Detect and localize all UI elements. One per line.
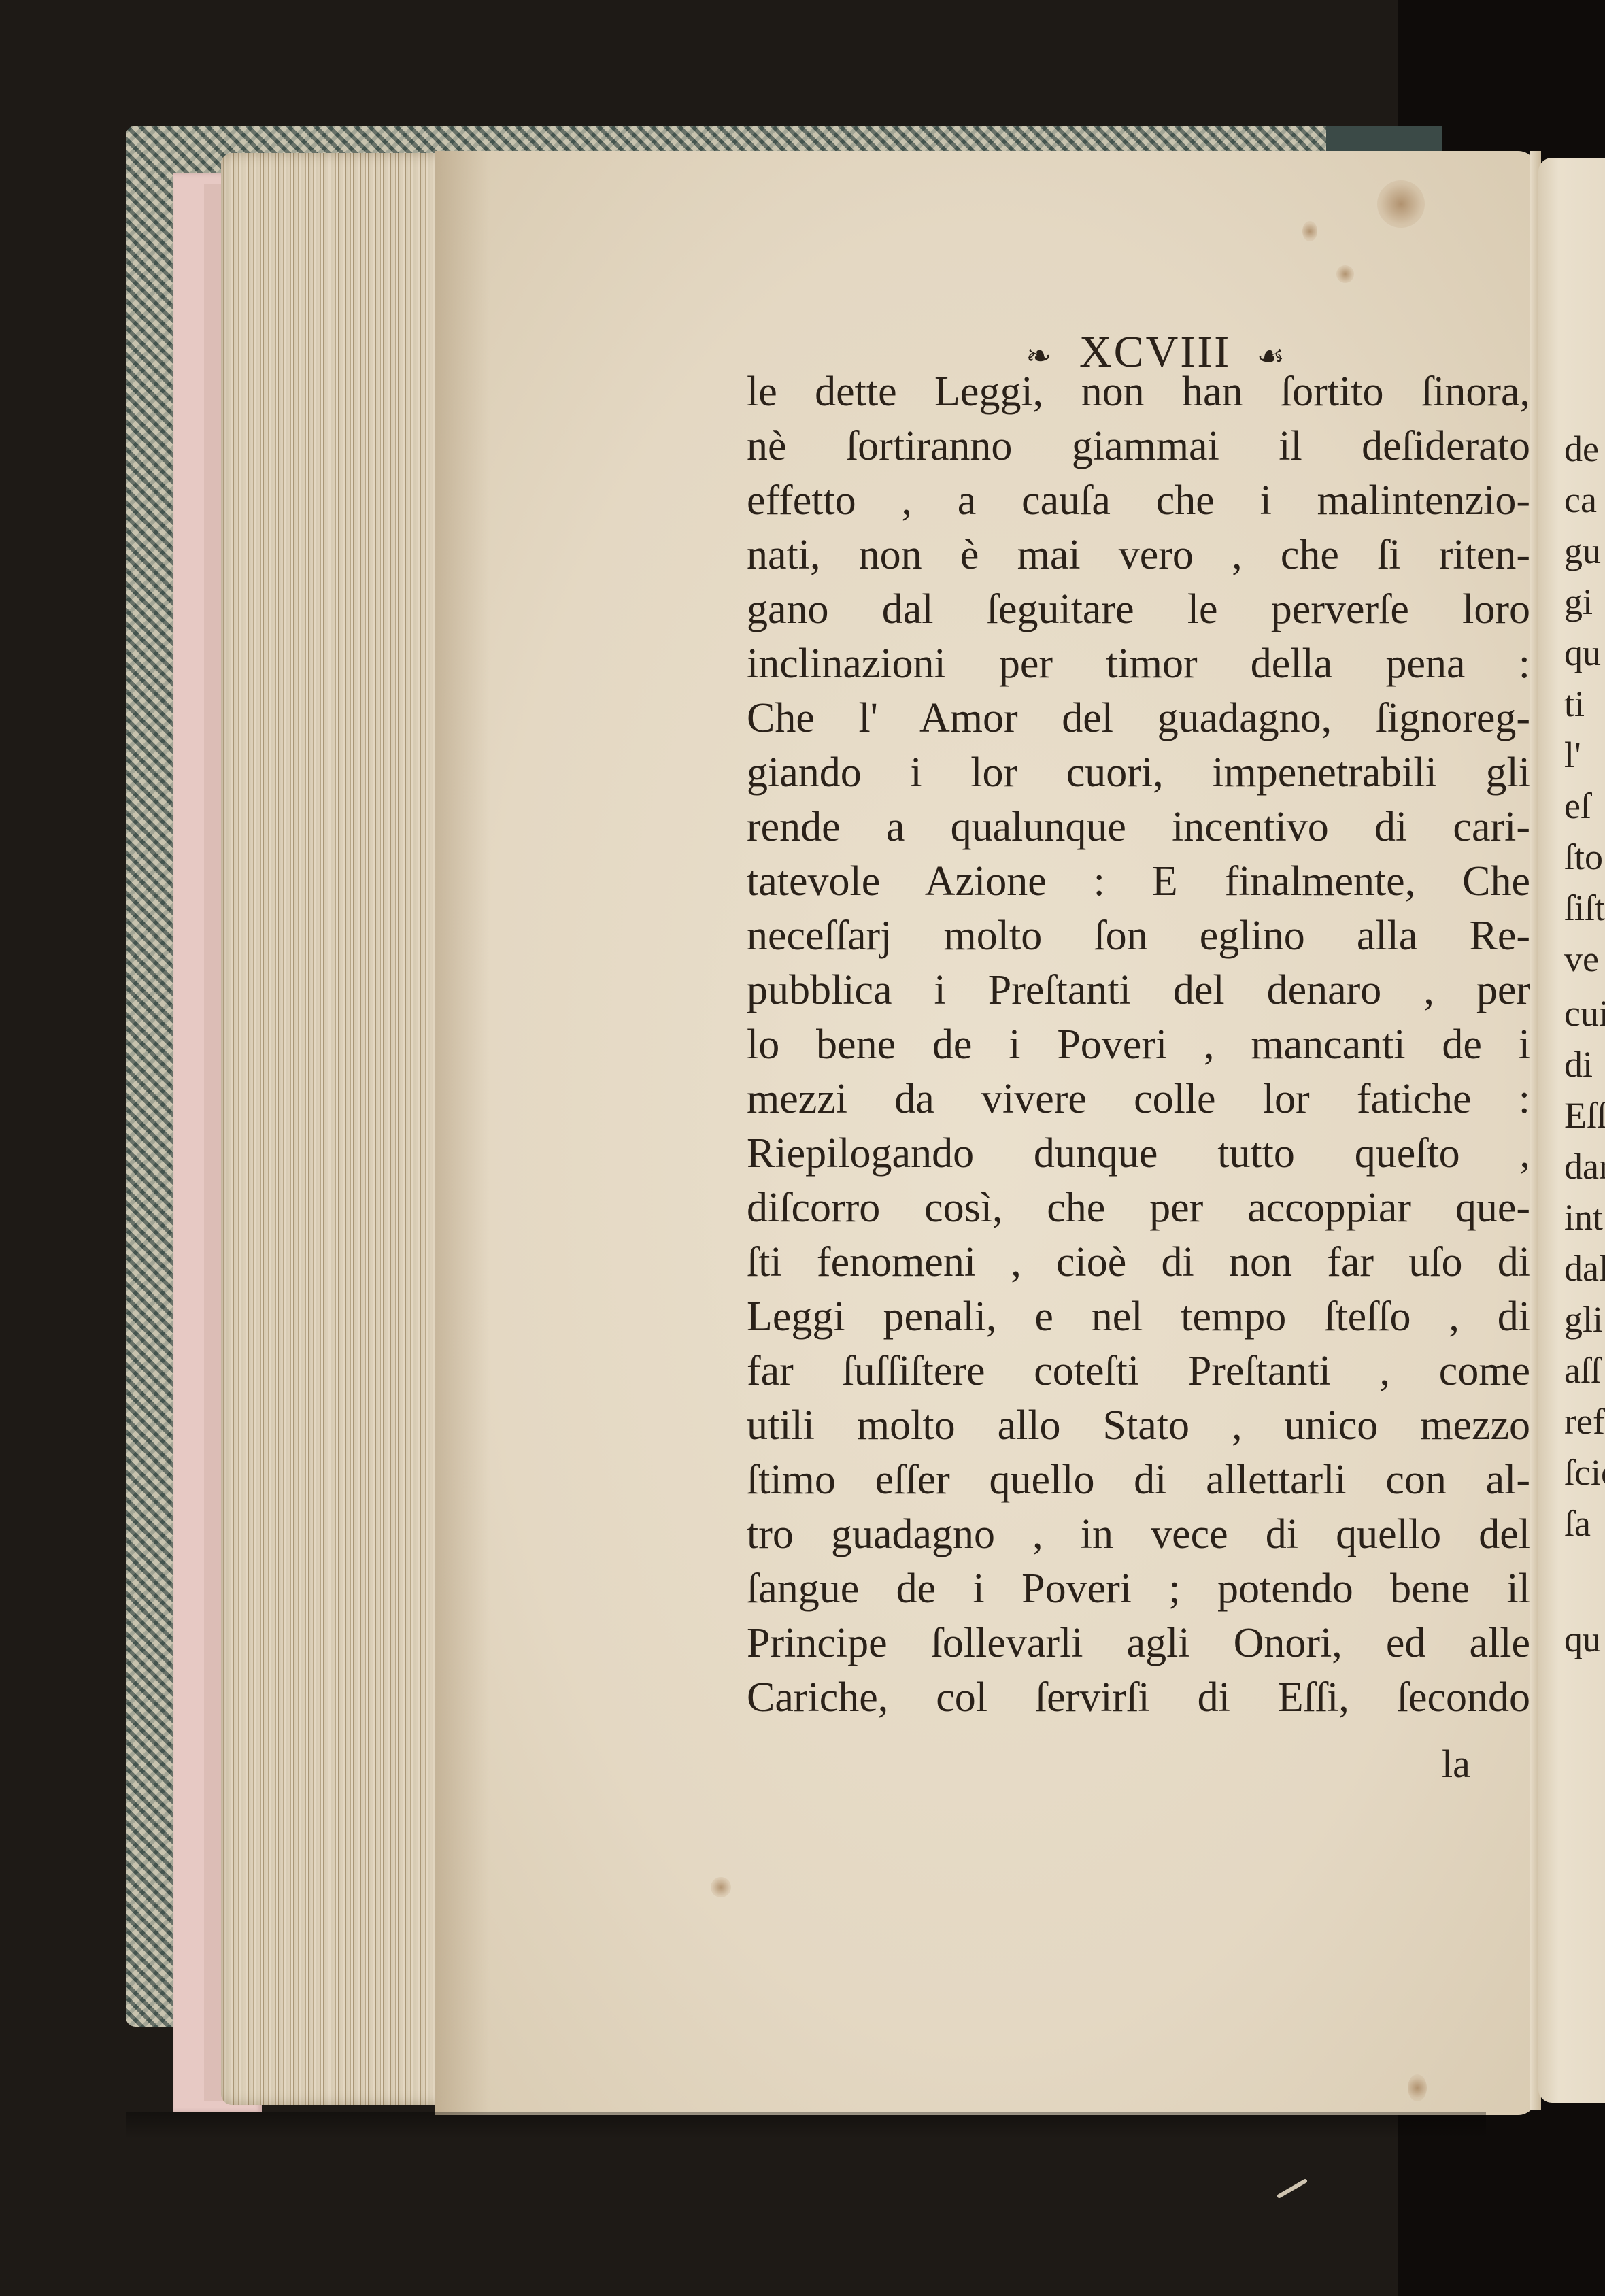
facing-fragment: ſiſt bbox=[1564, 888, 1605, 928]
foxing-stain bbox=[1408, 2074, 1427, 2101]
facing-fragment: ref bbox=[1564, 1401, 1605, 1442]
facing-fragment: eſ bbox=[1564, 786, 1591, 826]
text-line: inclinazioni per timor della pena : bbox=[747, 639, 1530, 694]
text-line: utili molto allo Stato , unico mezzo bbox=[747, 1401, 1530, 1455]
facing-fragment: gu bbox=[1564, 530, 1601, 571]
facing-fragment: Eſſ bbox=[1564, 1095, 1605, 1136]
foxing-stain bbox=[1377, 180, 1425, 228]
text-line: Cariche, col ſervirſi di Eſſi, ſecondo bbox=[747, 1673, 1530, 1727]
facing-fragment: di bbox=[1564, 1044, 1593, 1085]
text-line: rende a qualunque incentivo di cari- bbox=[747, 803, 1530, 857]
catchword: la bbox=[1442, 1741, 1470, 1787]
foxing-stain bbox=[1336, 265, 1354, 283]
text-line: pubblica i Preſtanti del denaro , per bbox=[747, 966, 1530, 1020]
dust-fiber bbox=[1277, 2178, 1308, 2199]
facing-fragment: ſto bbox=[1564, 837, 1603, 877]
text-line: ſti fenomeni , cioè di non far uſo di bbox=[747, 1238, 1530, 1292]
page-bottom-shadow bbox=[126, 2112, 1486, 2139]
text-line: Principe ſollevarli agli Onori, ed alle bbox=[747, 1619, 1530, 1673]
foxing-stain bbox=[711, 1877, 731, 1897]
text-line: Riepilogando dunque tutto queſto , bbox=[747, 1129, 1530, 1183]
text-line: neceſſarj molto ſon eglino alla Re- bbox=[747, 911, 1530, 966]
facing-fragment: cui bbox=[1564, 993, 1605, 1034]
text-line: far ſuſſiſtere coteſti Preſtanti , come bbox=[747, 1347, 1530, 1401]
text-line: tatevole Azione : E finalmente, Che bbox=[747, 857, 1530, 911]
text-line: tro guadagno , in vece di quello del bbox=[747, 1510, 1530, 1564]
foxing-stain bbox=[1302, 221, 1317, 241]
text-line: ſtimo eſſer quello di allettarli con al- bbox=[747, 1455, 1530, 1510]
text-line: gano dal ſeguitare le perverſe loro bbox=[747, 585, 1530, 639]
facing-fragment: int bbox=[1564, 1197, 1603, 1238]
text-line: mezzi da vivere colle lor fatiche : bbox=[747, 1075, 1530, 1129]
text-line: lo bene de i Poveri , mancanti de i bbox=[747, 1020, 1530, 1075]
facing-fragment: ſa bbox=[1564, 1503, 1591, 1544]
facing-fragment: dar bbox=[1564, 1146, 1605, 1187]
facing-fragment: de bbox=[1564, 428, 1599, 469]
facing-fragment: gi bbox=[1564, 581, 1593, 622]
text-line: Leggi penali, e nel tempo ſteſſo , di bbox=[747, 1292, 1530, 1347]
text-line: Che l' Amor del guadagno, ſignoreg- bbox=[747, 694, 1530, 748]
facing-fragment: ca bbox=[1564, 479, 1597, 520]
facing-fragment: ſcio bbox=[1564, 1452, 1605, 1493]
page-stack-edge bbox=[221, 153, 445, 2105]
text-line: effetto , a cauſa che i malintenzio- bbox=[747, 476, 1530, 530]
facing-fragment: dal bbox=[1564, 1248, 1605, 1289]
scanned-book-scene: ❧ XCVIII ☙ le dette Leggi, non han ſorti… bbox=[0, 0, 1605, 2296]
facing-fragment: ve bbox=[1564, 939, 1599, 979]
text-line: nati, non è mai vero , che ſi riten- bbox=[747, 530, 1530, 585]
facing-fragment: ti bbox=[1564, 683, 1585, 724]
facing-fragment: l' bbox=[1564, 735, 1581, 775]
facing-fragment: qu bbox=[1564, 1619, 1601, 1659]
text-line: giando i lor cuori, impenetrabili gli bbox=[747, 748, 1530, 803]
gutter-shadow bbox=[435, 151, 490, 2115]
facing-page-text: de ca gu gi qu ti l' eſ ſto ſiſt ve cui … bbox=[1564, 401, 1605, 1693]
facing-fragment: aſſ bbox=[1564, 1350, 1601, 1391]
text-line: diſcorro così, che per accoppiar que- bbox=[747, 1183, 1530, 1238]
text-line: nè ſortiranno giammai il deſiderato bbox=[747, 422, 1530, 476]
facing-fragment: qu bbox=[1564, 632, 1601, 673]
text-line: ſangue de i Poveri ; potendo bene il bbox=[747, 1564, 1530, 1619]
text-line: le dette Leggi, non han ſortito ſinora, bbox=[747, 367, 1530, 422]
facing-fragment: gli bbox=[1564, 1299, 1603, 1340]
